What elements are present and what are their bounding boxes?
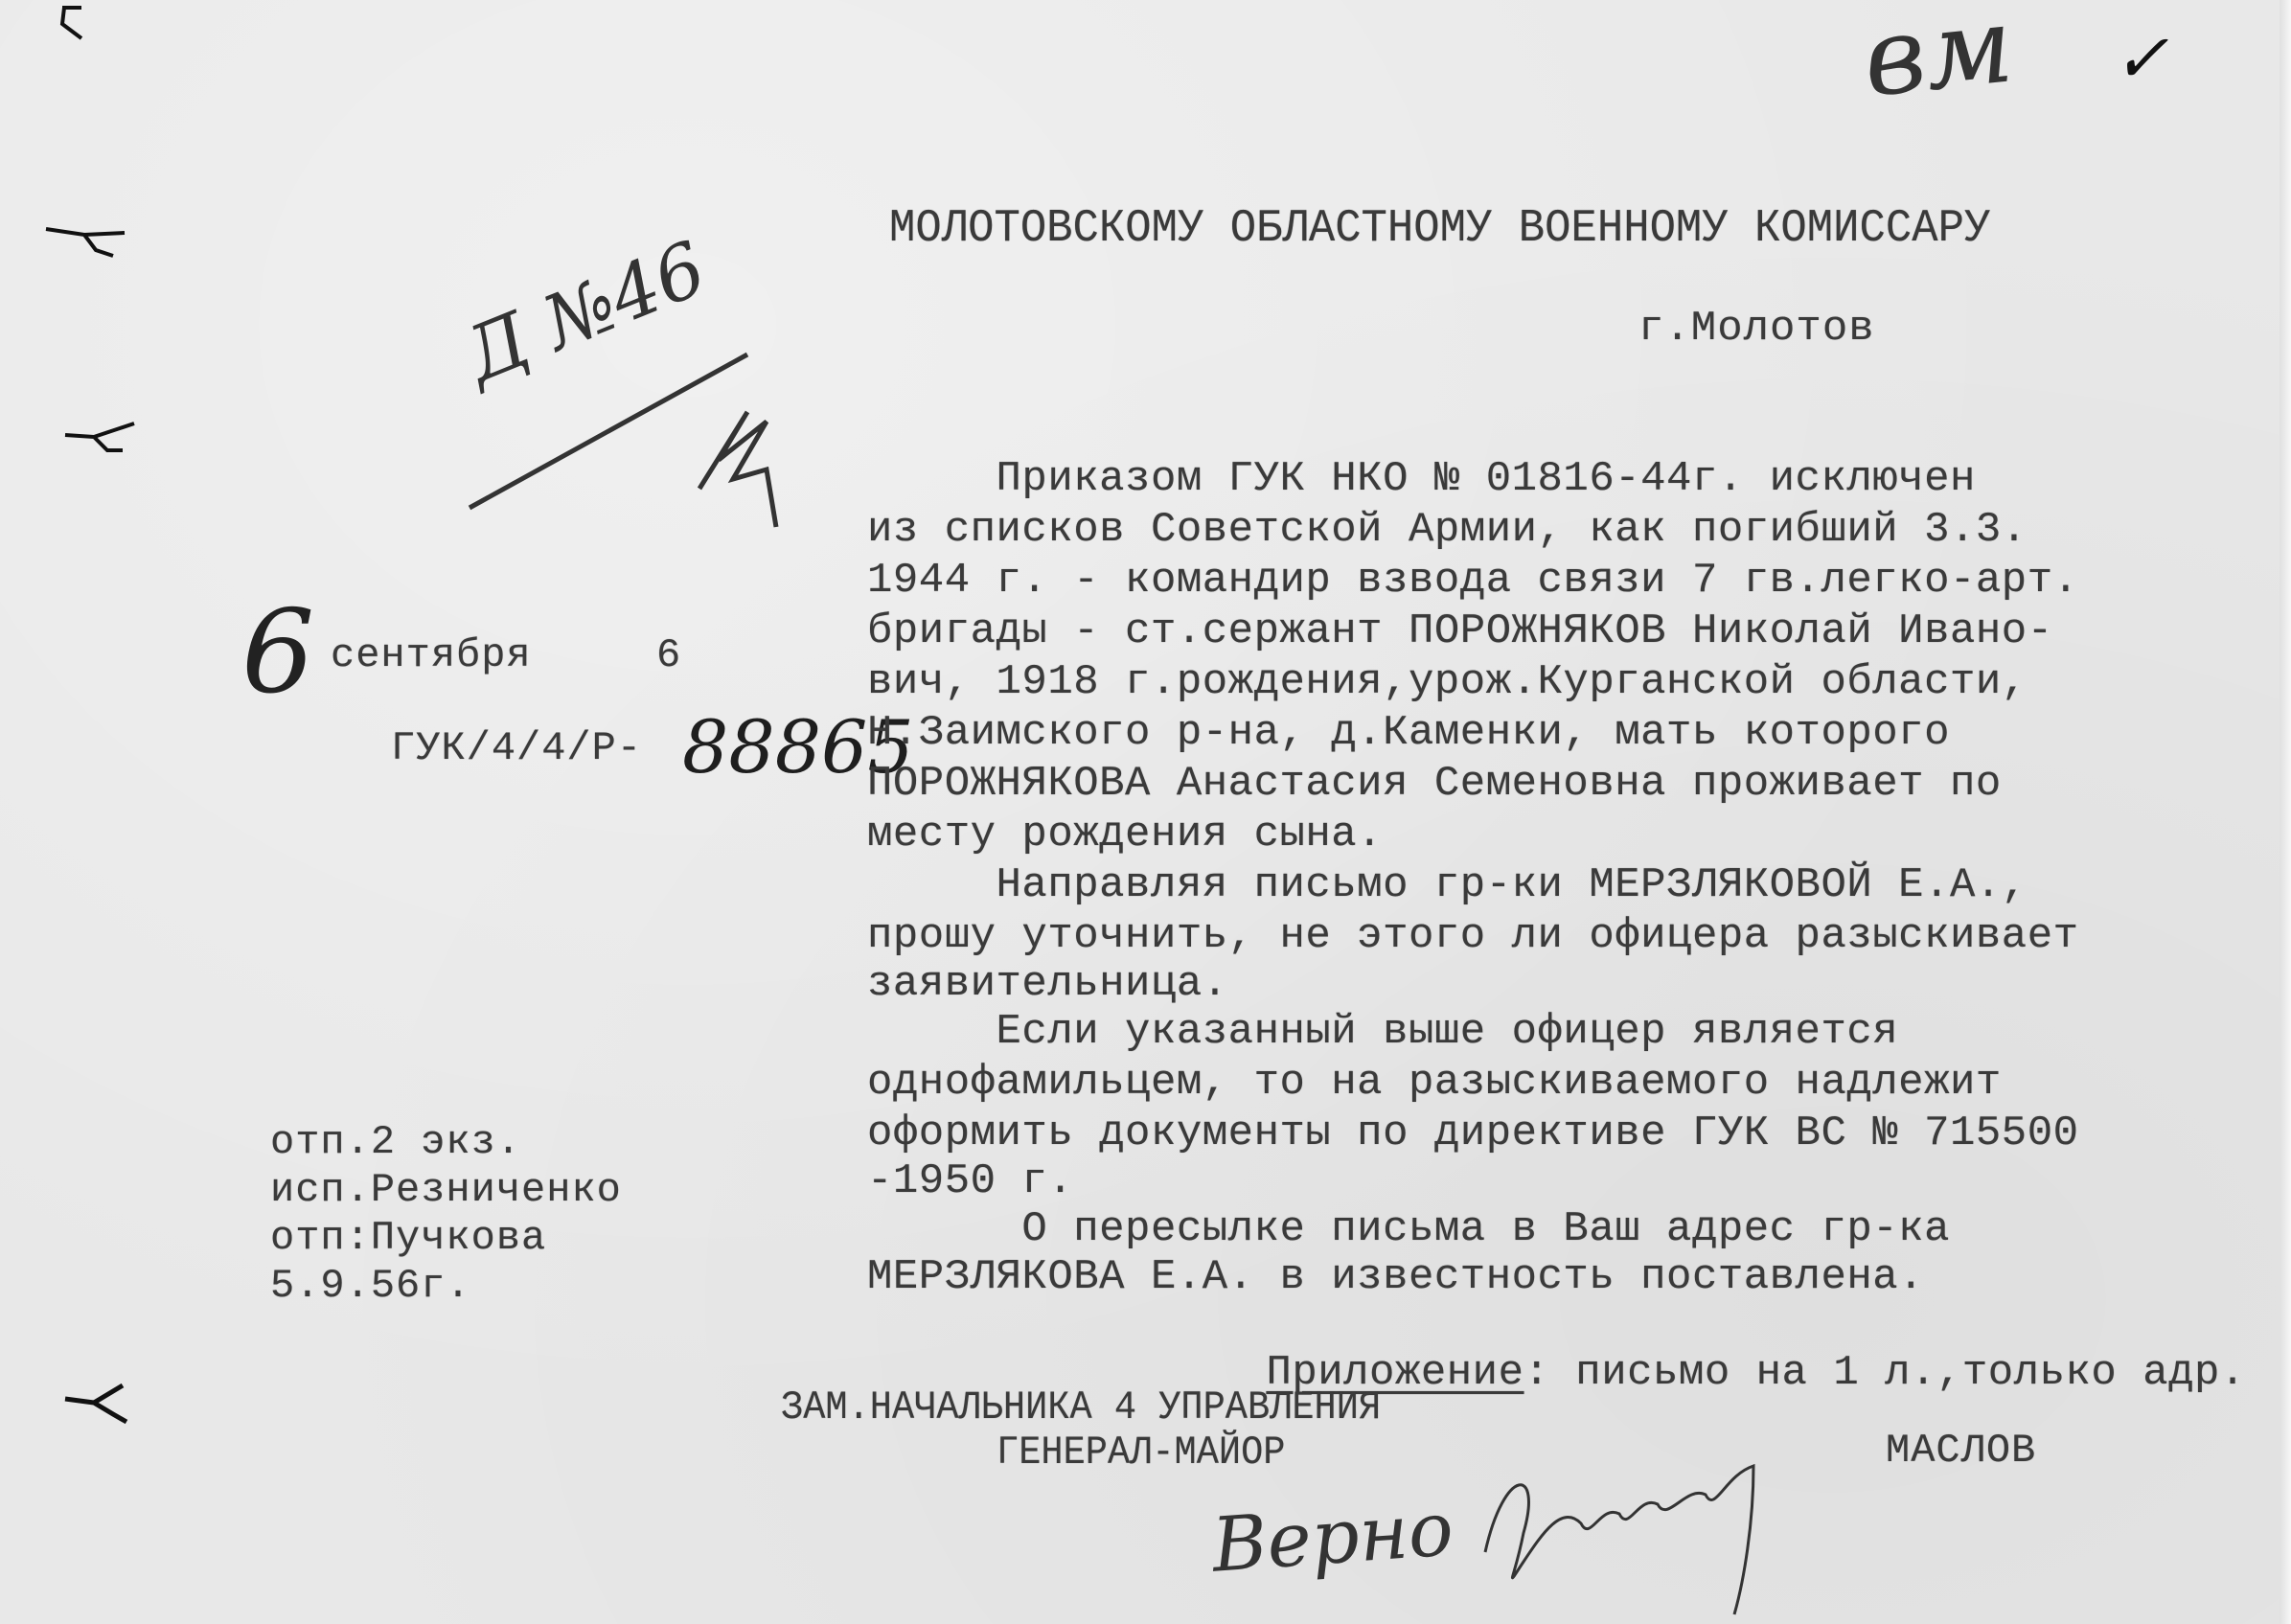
body-line: вич, 1918 г.рождения,урож.Курганской обл…	[867, 658, 2028, 706]
body-line: Приказом ГУК НКО № 01816-44г. исключен	[867, 455, 1976, 503]
addressee-city: г.Молотов	[1638, 305, 1875, 353]
body-line: из списков Советской Армии, как погибший…	[867, 506, 2028, 554]
handwritten-stroke-mark	[460, 316, 824, 537]
signatory-name: МАСЛОВ	[1886, 1428, 2036, 1474]
date-day-handwritten: 6	[241, 586, 314, 720]
handwritten-verification: Верно	[1209, 1486, 1455, 1589]
body-line: Н.Заимского р-на, д.Каменки, мать которо…	[867, 709, 1950, 757]
addressee-heading: МОЛОТОВСКОМУ ОБЛАСТНОМУ ВОЕННОМУ КОМИССА…	[889, 203, 1990, 255]
distribution-line: 5.9.56г.	[270, 1263, 471, 1309]
handwritten-initials: вм	[1858, 0, 2019, 121]
body-line: оформить документы по директиве ГУК ВС №…	[867, 1109, 2079, 1157]
body-line: -1950 г.	[867, 1157, 1073, 1205]
distribution-line: отп.2 экз.	[270, 1119, 521, 1165]
binding-mark-bottom	[57, 422, 163, 460]
body-line: Направляя письмо гр-ки МЕРЗЛЯКОВОЙ Е.А.,	[867, 861, 2028, 909]
attachment-text: : письмо на 1 л.,только адр.	[1524, 1349, 2245, 1397]
distribution-line: исп.Резниченко	[270, 1167, 622, 1213]
body-line: О пересылке письма в Ваш адрес гр-ка	[867, 1205, 1950, 1253]
body-line: месту рождения сына.	[867, 811, 1383, 858]
body-line: бригады - ст.сержант ПОРОЖНЯКОВ Николай …	[867, 607, 2053, 655]
body-line: МЕРЗЛЯКОВА Е.А. в известность поставлена…	[867, 1253, 1924, 1301]
date-month: сентября	[331, 632, 532, 678]
reference-prefix: ГУК/4/4/Р-	[391, 725, 642, 771]
body-line: ПОРОЖНЯКОВА Анастасия Семеновна проживае…	[867, 760, 2002, 808]
signatory-rank: ГЕНЕРАЛ-МАЙОР	[997, 1430, 1285, 1475]
body-line: однофамильцем, то на разыскиваемого надл…	[867, 1059, 2002, 1107]
body-line: 1944 г. - командир взвода связи 7 гв.лег…	[867, 557, 2079, 605]
date-year-suffix: 6	[656, 632, 681, 678]
body-line: прошу уточнить, не этого ли офицера разы…	[867, 912, 2079, 960]
distribution-line: отп:Пучкова	[270, 1215, 546, 1261]
scanned-document-page: вм ✓ МОЛОТОВСКОМУ ОБЛАСТНОМУ ВОЕННОМУ КО…	[0, 0, 2291, 1624]
binding-mark-top	[53, 0, 110, 48]
binding-mark-middle	[38, 216, 144, 263]
body-line: Если указанный выше офицер является	[867, 1008, 1898, 1056]
page-edge	[2280, 0, 2291, 1624]
binding-mark-lower	[56, 1380, 161, 1437]
signatory-position: ЗАМ.НАЧАЛЬНИКА 4 УПРАВЛЕНИЯ	[781, 1384, 1381, 1430]
body-line: заявительница.	[867, 960, 1228, 1008]
signature-scribble	[1466, 1447, 1830, 1619]
checkmark-icon: ✓	[2113, 19, 2169, 98]
